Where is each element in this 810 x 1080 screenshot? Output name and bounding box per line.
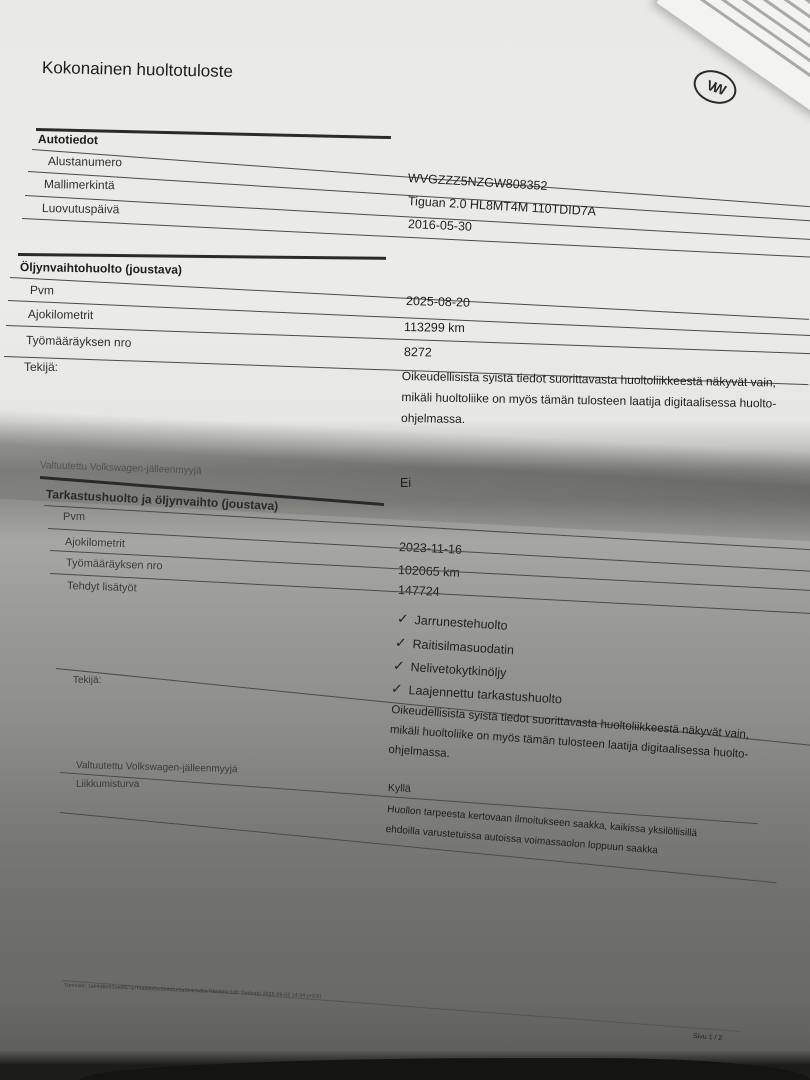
label-mallimerkinta: Mallimerkintä [44,177,115,192]
check-icon: ✓ [395,634,408,651]
label-pvm-2: Pvm [63,511,85,523]
label-dealer-2: Valtuutettu Volkswagen-jälleenmyyjä [76,760,238,775]
document-title: Kokonainen huoltotuloste [42,58,233,82]
label-alustanumero: Alustanumero [48,154,122,169]
page-indicator: Sivu 1 / 2 [693,1033,723,1042]
label-tekija: Tekijä: [24,360,58,374]
label-tyomaarays-2: Työmääräyksen nro [66,557,163,572]
section-heading-service1: Öljynvaihtohuolto (joustava) [20,260,182,277]
label-tyomaarays: Työmääräyksen nro [26,333,132,350]
label-lisatyot: Tehdyt lisätyöt [67,580,137,594]
value-dealer: Ei [400,476,411,490]
photo-of-document: Kokonainen huoltotuloste VW Autotiedot A… [0,0,810,1080]
volkswagen-logo-icon: VW [689,64,741,109]
second-sheet [657,0,810,117]
check-icon: ✓ [393,657,406,674]
value-pvm: 2025-08-20 [406,294,470,310]
row-divider [50,573,810,614]
label-pvm: Pvm [30,283,54,297]
check-icon: ✓ [397,610,410,627]
footer-text: Tunniste: 1ab4d8e93ce8f57a7f4a8d6f0c5b9d… [64,982,321,999]
value-dealer-2: Kyllä [388,782,411,795]
label-luovutuspaiva: Luovutuspäivä [42,201,120,216]
value-tyomaarays: 8272 [404,345,432,359]
extra-item: ✓Nelivetokytkinöljy [392,657,506,681]
label-dealer: Valtuutettu Volkswagen-jälleenmyyjä [40,460,202,477]
value-luovutuspaiva: 2016-05-30 [408,217,473,234]
section-heading-service2: Tarkastushuolto ja öljynvaihto (joustava… [46,487,279,513]
label-mobility: Liikkumisturva [76,779,139,790]
value-mallimerkinta: Tiguan 2.0 HL8MT4M 110TDID7A [408,194,597,218]
tekija-notice-2: Oikeudellisista syistä tiedot suorittava… [388,700,810,789]
section-divider [18,253,386,260]
label-tekija-2: Tekijä: [73,675,101,686]
value-ajokilometrit: 113299 km [404,320,465,335]
tekija-notice: Oikeudellisista syistä tiedot suorittava… [401,366,810,436]
extra-item-label: Raitisilmasuodatin [412,637,514,657]
desk-edge [80,1058,810,1080]
extra-item: ✓Raitisilmasuodatin [394,634,514,658]
extra-item: ✓Jarrunestehuolto [396,610,508,634]
check-icon: ✓ [391,680,404,697]
value-alustanumero: WVGZZZ5NZGW808352 [408,171,548,193]
extra-item-label: Jarrunestehuolto [414,613,508,633]
label-ajokilometrit-2: Ajokilometrit [65,536,125,550]
section-heading-autotiedot: Autotiedot [38,132,98,147]
extra-item-label: Nelivetokytkinöljy [410,660,507,680]
label-ajokilometrit: Ajokilometrit [28,307,94,322]
